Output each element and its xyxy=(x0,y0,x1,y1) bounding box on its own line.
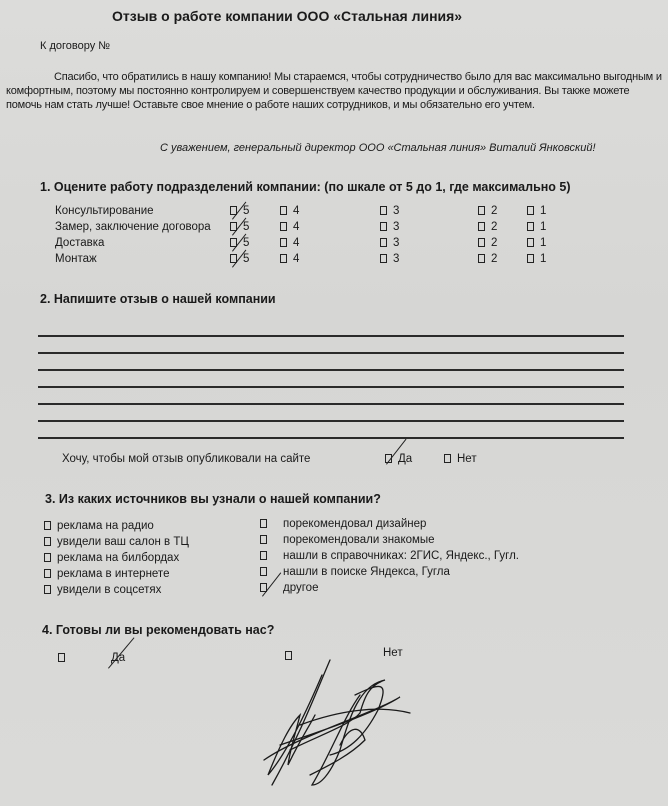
source-label: увидели ваш салон в ТЦ xyxy=(57,536,189,548)
checkbox-icon xyxy=(44,585,51,594)
rating-option-5[interactable]: 5 xyxy=(230,221,249,233)
checkbox-icon xyxy=(478,238,485,247)
publish-yes-label: Да xyxy=(398,453,412,465)
checkbox-icon xyxy=(260,519,267,528)
checkbox-icon xyxy=(478,254,485,263)
checkbox-icon xyxy=(478,206,485,215)
q1-title: 1. Оцените работу подразделений компании… xyxy=(40,180,571,194)
source-option[interactable]: порекомендовал дизайнер xyxy=(260,518,426,530)
rating-value: 5 xyxy=(243,205,249,217)
source-option[interactable]: реклама в интернете xyxy=(44,568,169,580)
source-option[interactable]: нашли в поиске Яндекса, Гугла xyxy=(260,566,450,578)
rating-value: 4 xyxy=(293,253,299,265)
rating-option-1[interactable]: 1 xyxy=(527,237,546,249)
source-option[interactable]: реклама на радио xyxy=(44,520,154,532)
rating-option-4[interactable]: 4 xyxy=(280,221,299,233)
source-label: порекомендовал дизайнер xyxy=(283,518,426,530)
recommend-yes-checkbox[interactable] xyxy=(58,652,71,664)
checkbox-icon xyxy=(280,254,287,263)
rating-option-2[interactable]: 2 xyxy=(478,221,497,233)
source-label: увидели в соцсетях xyxy=(57,584,161,596)
checkbox-icon xyxy=(527,206,534,215)
source-option[interactable]: реклама на билбордах xyxy=(44,552,179,564)
q4-title: 4. Готовы ли вы рекомендовать нас? xyxy=(42,623,274,637)
source-option[interactable]: увидели ваш салон в ТЦ xyxy=(44,536,189,548)
checkbox-icon xyxy=(58,653,65,662)
publish-no-label: Нет xyxy=(457,453,477,465)
checkbox-icon xyxy=(260,567,267,576)
rating-option-1[interactable]: 1 xyxy=(527,205,546,217)
rating-option-3[interactable]: 3 xyxy=(380,221,399,233)
rating-row-label: Монтаж xyxy=(55,253,97,265)
source-label: нашли в справочниках: 2ГИС, Яндекс., Гуг… xyxy=(283,550,519,562)
rating-option-2[interactable]: 2 xyxy=(478,253,497,265)
checkbox-icon xyxy=(44,569,51,578)
rating-value: 5 xyxy=(243,221,249,233)
rating-option-3[interactable]: 3 xyxy=(380,237,399,249)
rating-option-4[interactable]: 4 xyxy=(280,253,299,265)
rating-value: 2 xyxy=(491,205,497,217)
intro-text: Спасибо, что обратились в нашу компанию!… xyxy=(6,70,662,112)
rating-value: 1 xyxy=(540,253,546,265)
rating-value: 3 xyxy=(393,253,399,265)
director-signature-line: С уважением, генеральный директор ООО «С… xyxy=(160,142,596,154)
rating-value: 2 xyxy=(491,237,497,249)
rating-value: 5 xyxy=(243,237,249,249)
checkbox-icon xyxy=(280,206,287,215)
checkbox-icon xyxy=(380,222,387,231)
q2-title: 2. Напишите отзыв о нашей компании xyxy=(40,292,276,306)
rating-row-label: Замер, заключение договора xyxy=(55,221,211,233)
rating-value: 4 xyxy=(293,221,299,233)
checkbox-icon xyxy=(527,238,534,247)
checkbox-icon xyxy=(280,238,287,247)
rating-option-3[interactable]: 3 xyxy=(380,205,399,217)
checkbox-icon xyxy=(380,206,387,215)
checkbox-icon xyxy=(527,222,534,231)
checkbox-icon xyxy=(44,537,51,546)
source-option[interactable]: порекомендовали знакомые xyxy=(260,534,435,546)
contract-number-field[interactable]: К договору № xyxy=(40,40,110,52)
handwritten-signature xyxy=(260,655,420,795)
source-label: другое xyxy=(283,582,318,594)
checkbox-icon xyxy=(260,551,267,560)
rating-row-label: Консультирование xyxy=(55,205,154,217)
rating-row-label: Доставка xyxy=(55,237,104,249)
rating-value: 4 xyxy=(293,237,299,249)
rating-value: 3 xyxy=(393,221,399,233)
rating-option-5[interactable]: 5 xyxy=(230,253,249,265)
feedback-form: Отзыв о работе компании ООО «Стальная ли… xyxy=(0,0,668,806)
source-label: реклама на билбордах xyxy=(57,552,179,564)
rating-value: 4 xyxy=(293,205,299,217)
rating-value: 1 xyxy=(540,221,546,233)
checkbox-icon xyxy=(260,535,267,544)
q3-title: 3. Из каких источников вы узнали о нашей… xyxy=(45,492,381,506)
checkbox-icon xyxy=(44,521,51,530)
publish-label: Хочу, чтобы мой отзыв опубликовали на са… xyxy=(62,453,310,465)
source-label: порекомендовали знакомые xyxy=(283,534,435,546)
rating-value: 1 xyxy=(540,205,546,217)
rating-value: 3 xyxy=(393,237,399,249)
rating-option-5[interactable]: 5 xyxy=(230,237,249,249)
rating-value: 3 xyxy=(393,205,399,217)
checkbox-icon xyxy=(444,454,451,463)
publish-no-checkbox[interactable]: Нет xyxy=(444,453,477,465)
rating-option-1[interactable]: 1 xyxy=(527,221,546,233)
source-option[interactable]: нашли в справочниках: 2ГИС, Яндекс., Гуг… xyxy=(260,550,519,562)
checkbox-icon xyxy=(527,254,534,263)
rating-option-5[interactable]: 5 xyxy=(230,205,249,217)
checkbox-icon xyxy=(280,222,287,231)
checkbox-icon xyxy=(478,222,485,231)
rating-option-2[interactable]: 2 xyxy=(478,237,497,249)
rating-value: 5 xyxy=(243,253,249,265)
form-title: Отзыв о работе компании ООО «Стальная ли… xyxy=(112,8,462,24)
rating-option-4[interactable]: 4 xyxy=(280,205,299,217)
source-option[interactable]: увидели в соцсетях xyxy=(44,584,161,596)
rating-value: 2 xyxy=(491,221,497,233)
rating-option-3[interactable]: 3 xyxy=(380,253,399,265)
rating-option-2[interactable]: 2 xyxy=(478,205,497,217)
rating-value: 2 xyxy=(491,253,497,265)
rating-option-1[interactable]: 1 xyxy=(527,253,546,265)
checkbox-icon xyxy=(380,254,387,263)
checkbox-icon xyxy=(380,238,387,247)
source-label: реклама в интернете xyxy=(57,568,169,580)
checkbox-icon xyxy=(44,553,51,562)
source-label: нашли в поиске Яндекса, Гугла xyxy=(283,566,450,578)
rating-option-4[interactable]: 4 xyxy=(280,237,299,249)
source-label: реклама на радио xyxy=(57,520,154,532)
rating-value: 1 xyxy=(540,237,546,249)
